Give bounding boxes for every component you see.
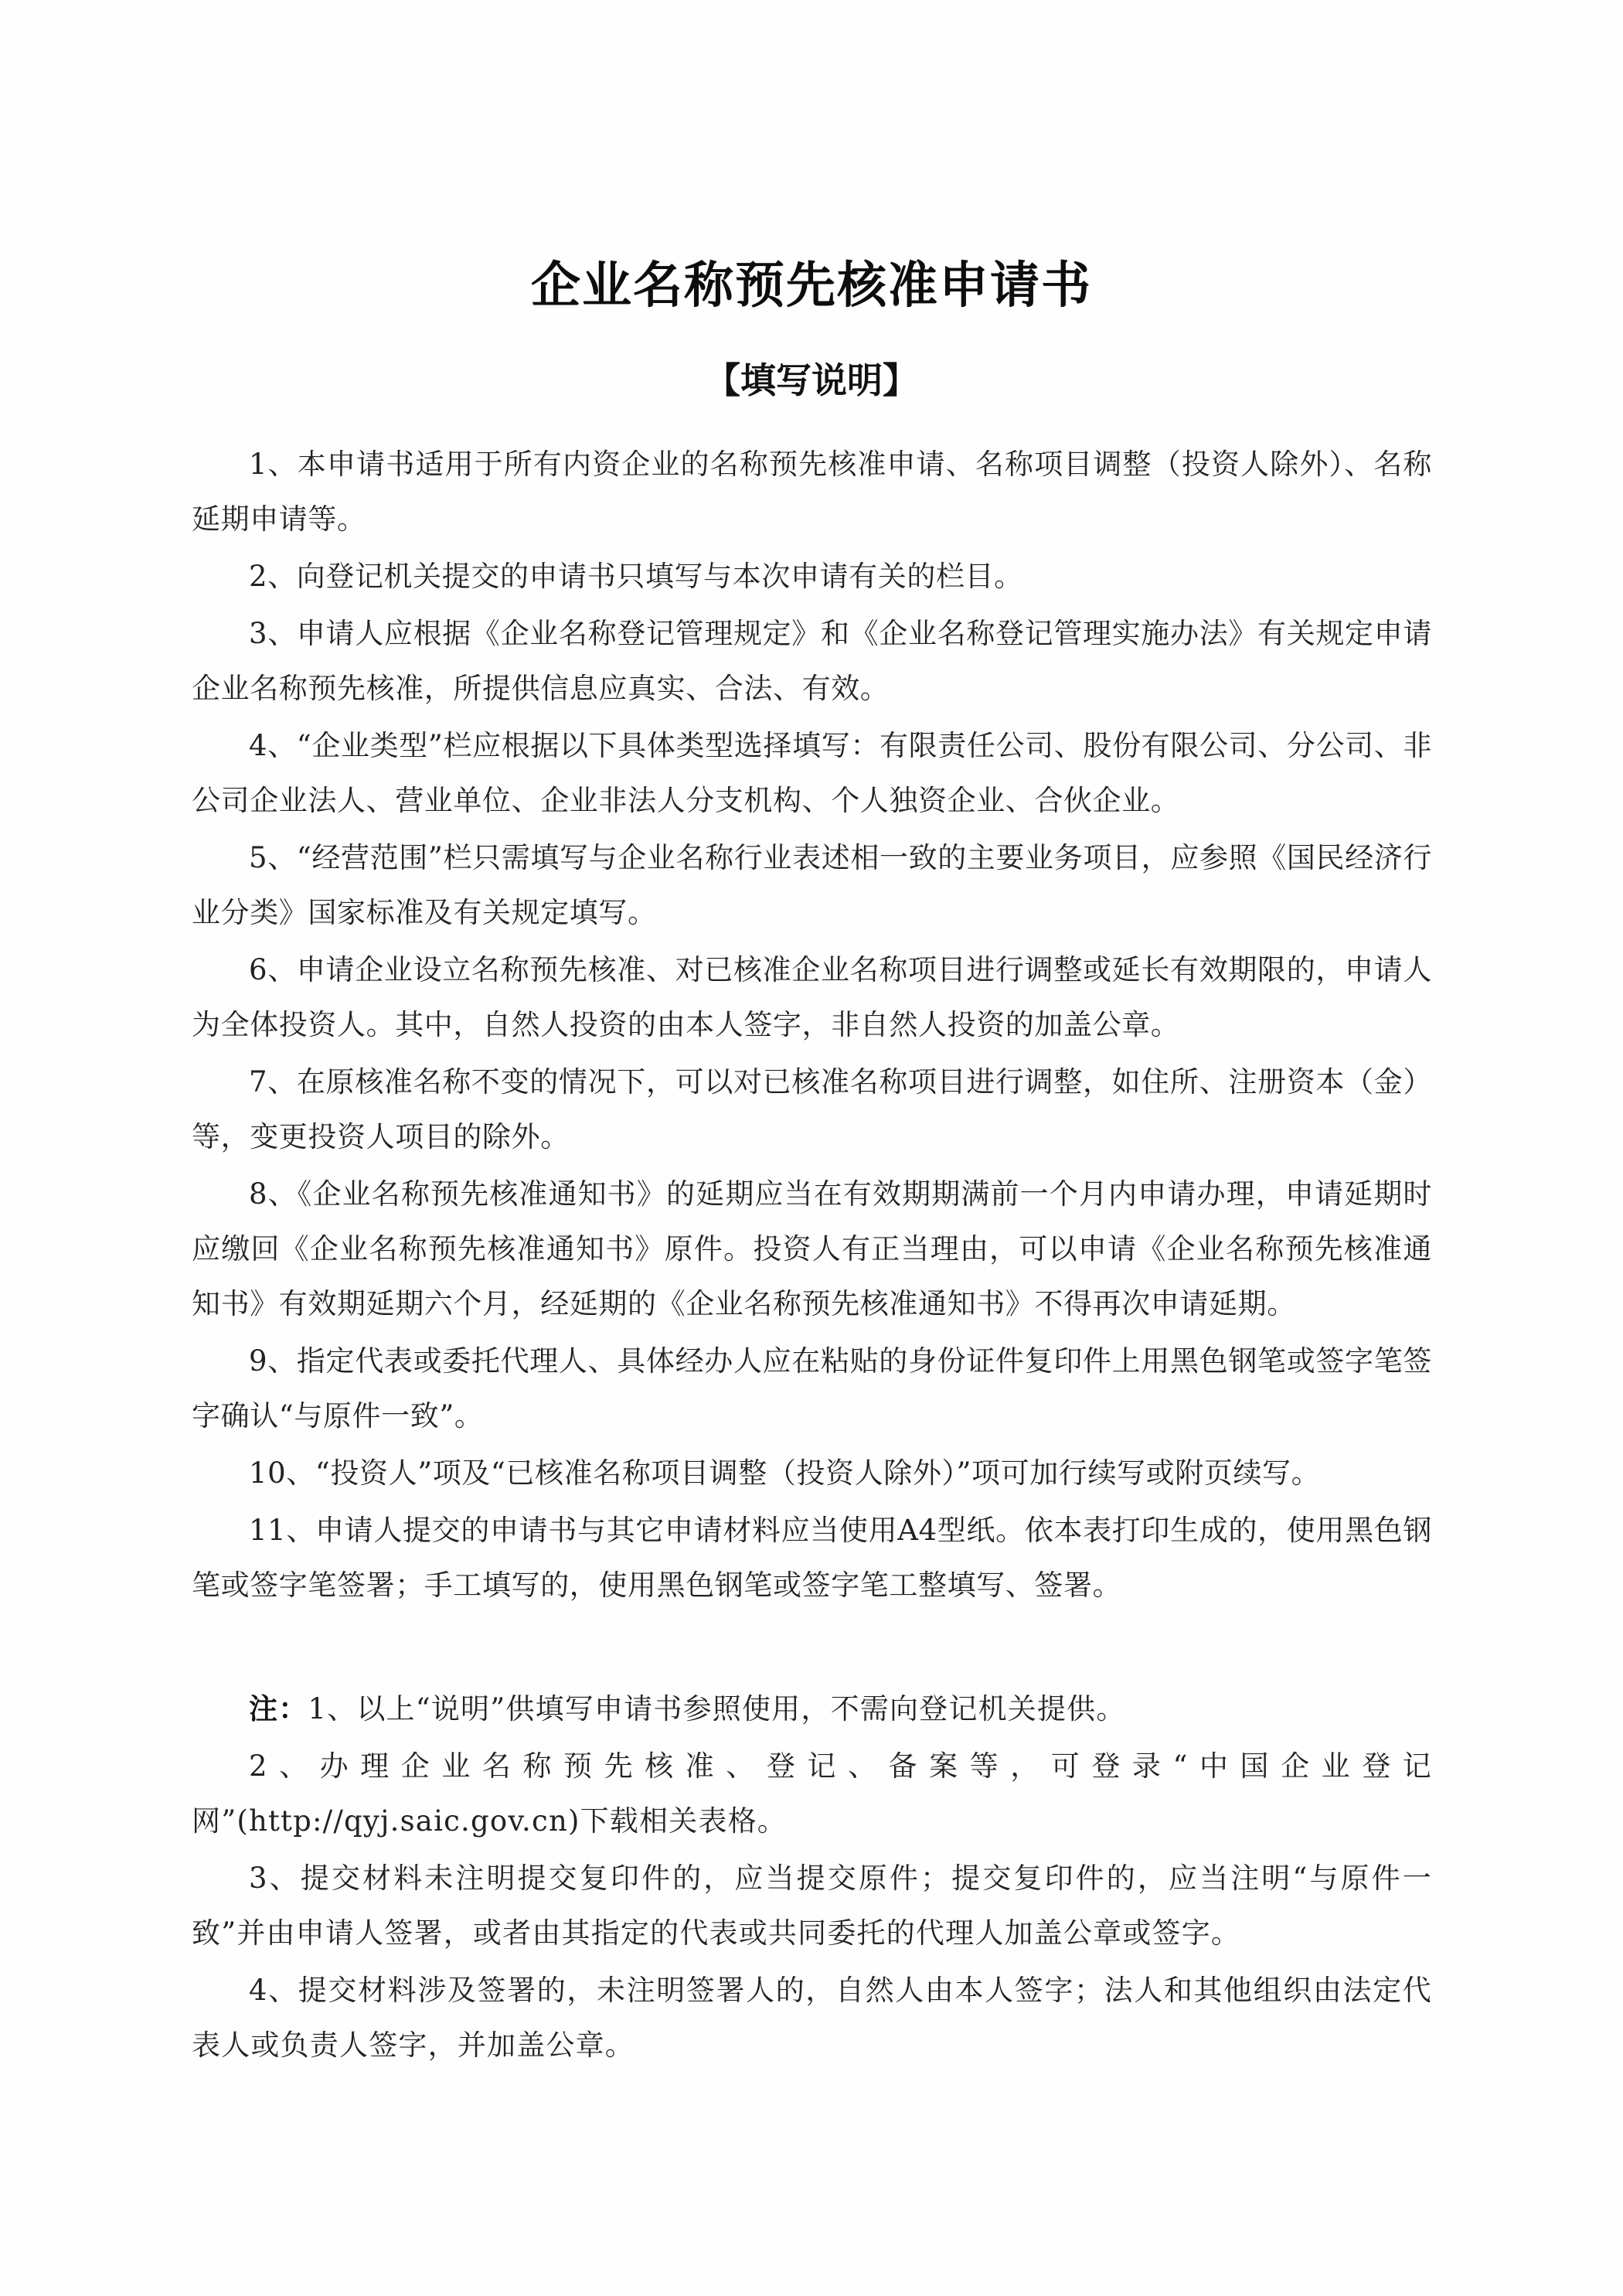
instruction-item-10: 10、“投资人”项及“已核准名称项目调整（投资人除外）”项可加行续写或附页续写。 [192,1446,1432,1501]
instruction-item-8: 8、《企业名称预先核准通知书》的延期应当在有效期期满前一个月内申请办理，申请延期… [192,1167,1432,1331]
note-item-2: 2、办理企业名称预先核准、登记、备案等，可登录“中国企业登记网”(http://… [192,1739,1432,1848]
note-item-4: 4、提交材料涉及签署的，未注明签署人的，自然人由本人签字；法人和其他组织由法定代… [192,1963,1432,2073]
instructions-heading: 【填写说明】 [0,353,1623,404]
note-item-1: 注：1、以上“说明”供填写申请书参照使用，不需向登记机关提供。 [192,1681,1432,1736]
instruction-item-3: 3、申请人应根据《企业名称登记管理规定》和《企业名称登记管理实施办法》有关规定申… [192,606,1432,716]
instructions-list: 1、本申请书适用于所有内资企业的名称预先核准申请、名称项目调整（投资人除外）、名… [192,437,1432,1615]
instruction-item-11: 11、申请人提交的申请书与其它申请材料应当使用A4型纸。依本表打印生成的，使用黑… [192,1503,1432,1613]
note-text-1: 1、以上“说明”供填写申请书参照使用，不需向登记机关提供。 [308,1692,1125,1725]
instruction-item-6: 6、申请企业设立名称预先核准、对已核准企业名称项目进行调整或延长有效期限的，申请… [192,942,1432,1052]
instruction-item-1: 1、本申请书适用于所有内资企业的名称预先核准申请、名称项目调整（投资人除外）、名… [192,437,1432,547]
instruction-item-4: 4、“企业类型”栏应根据以下具体类型选择填写：有限责任公司、股份有限公司、分公司… [192,718,1432,828]
notes-label: 注： [249,1691,308,1725]
instruction-item-7: 7、在原核准名称不变的情况下，可以对已核准名称项目进行调整，如住所、注册资本（金… [192,1054,1432,1164]
document-title: 企业名称预先核准申请书 [0,246,1623,317]
instruction-item-9: 9、指定代表或委托代理人、具体经办人应在粘贴的身份证件复印件上用黑色钢笔或签字笔… [192,1334,1432,1443]
instruction-item-5: 5、“经营范围”栏只需填写与企业名称行业表述相一致的主要业务项目，应参照《国民经… [192,830,1432,940]
note-item-3: 3、提交材料未注明提交复印件的，应当提交原件；提交复印件的，应当注明“与原件一致… [192,1851,1432,1960]
document-page: 企业名称预先核准申请书 【填写说明】 1、本申请书适用于所有内资企业的名称预先核… [0,0,1623,2296]
notes-section: 注：1、以上“说明”供填写申请书参照使用，不需向登记机关提供。 2、办理企业名称… [192,1681,1432,2075]
instruction-item-2: 2、向登记机关提交的申请书只填写与本次申请有关的栏目。 [192,549,1432,604]
